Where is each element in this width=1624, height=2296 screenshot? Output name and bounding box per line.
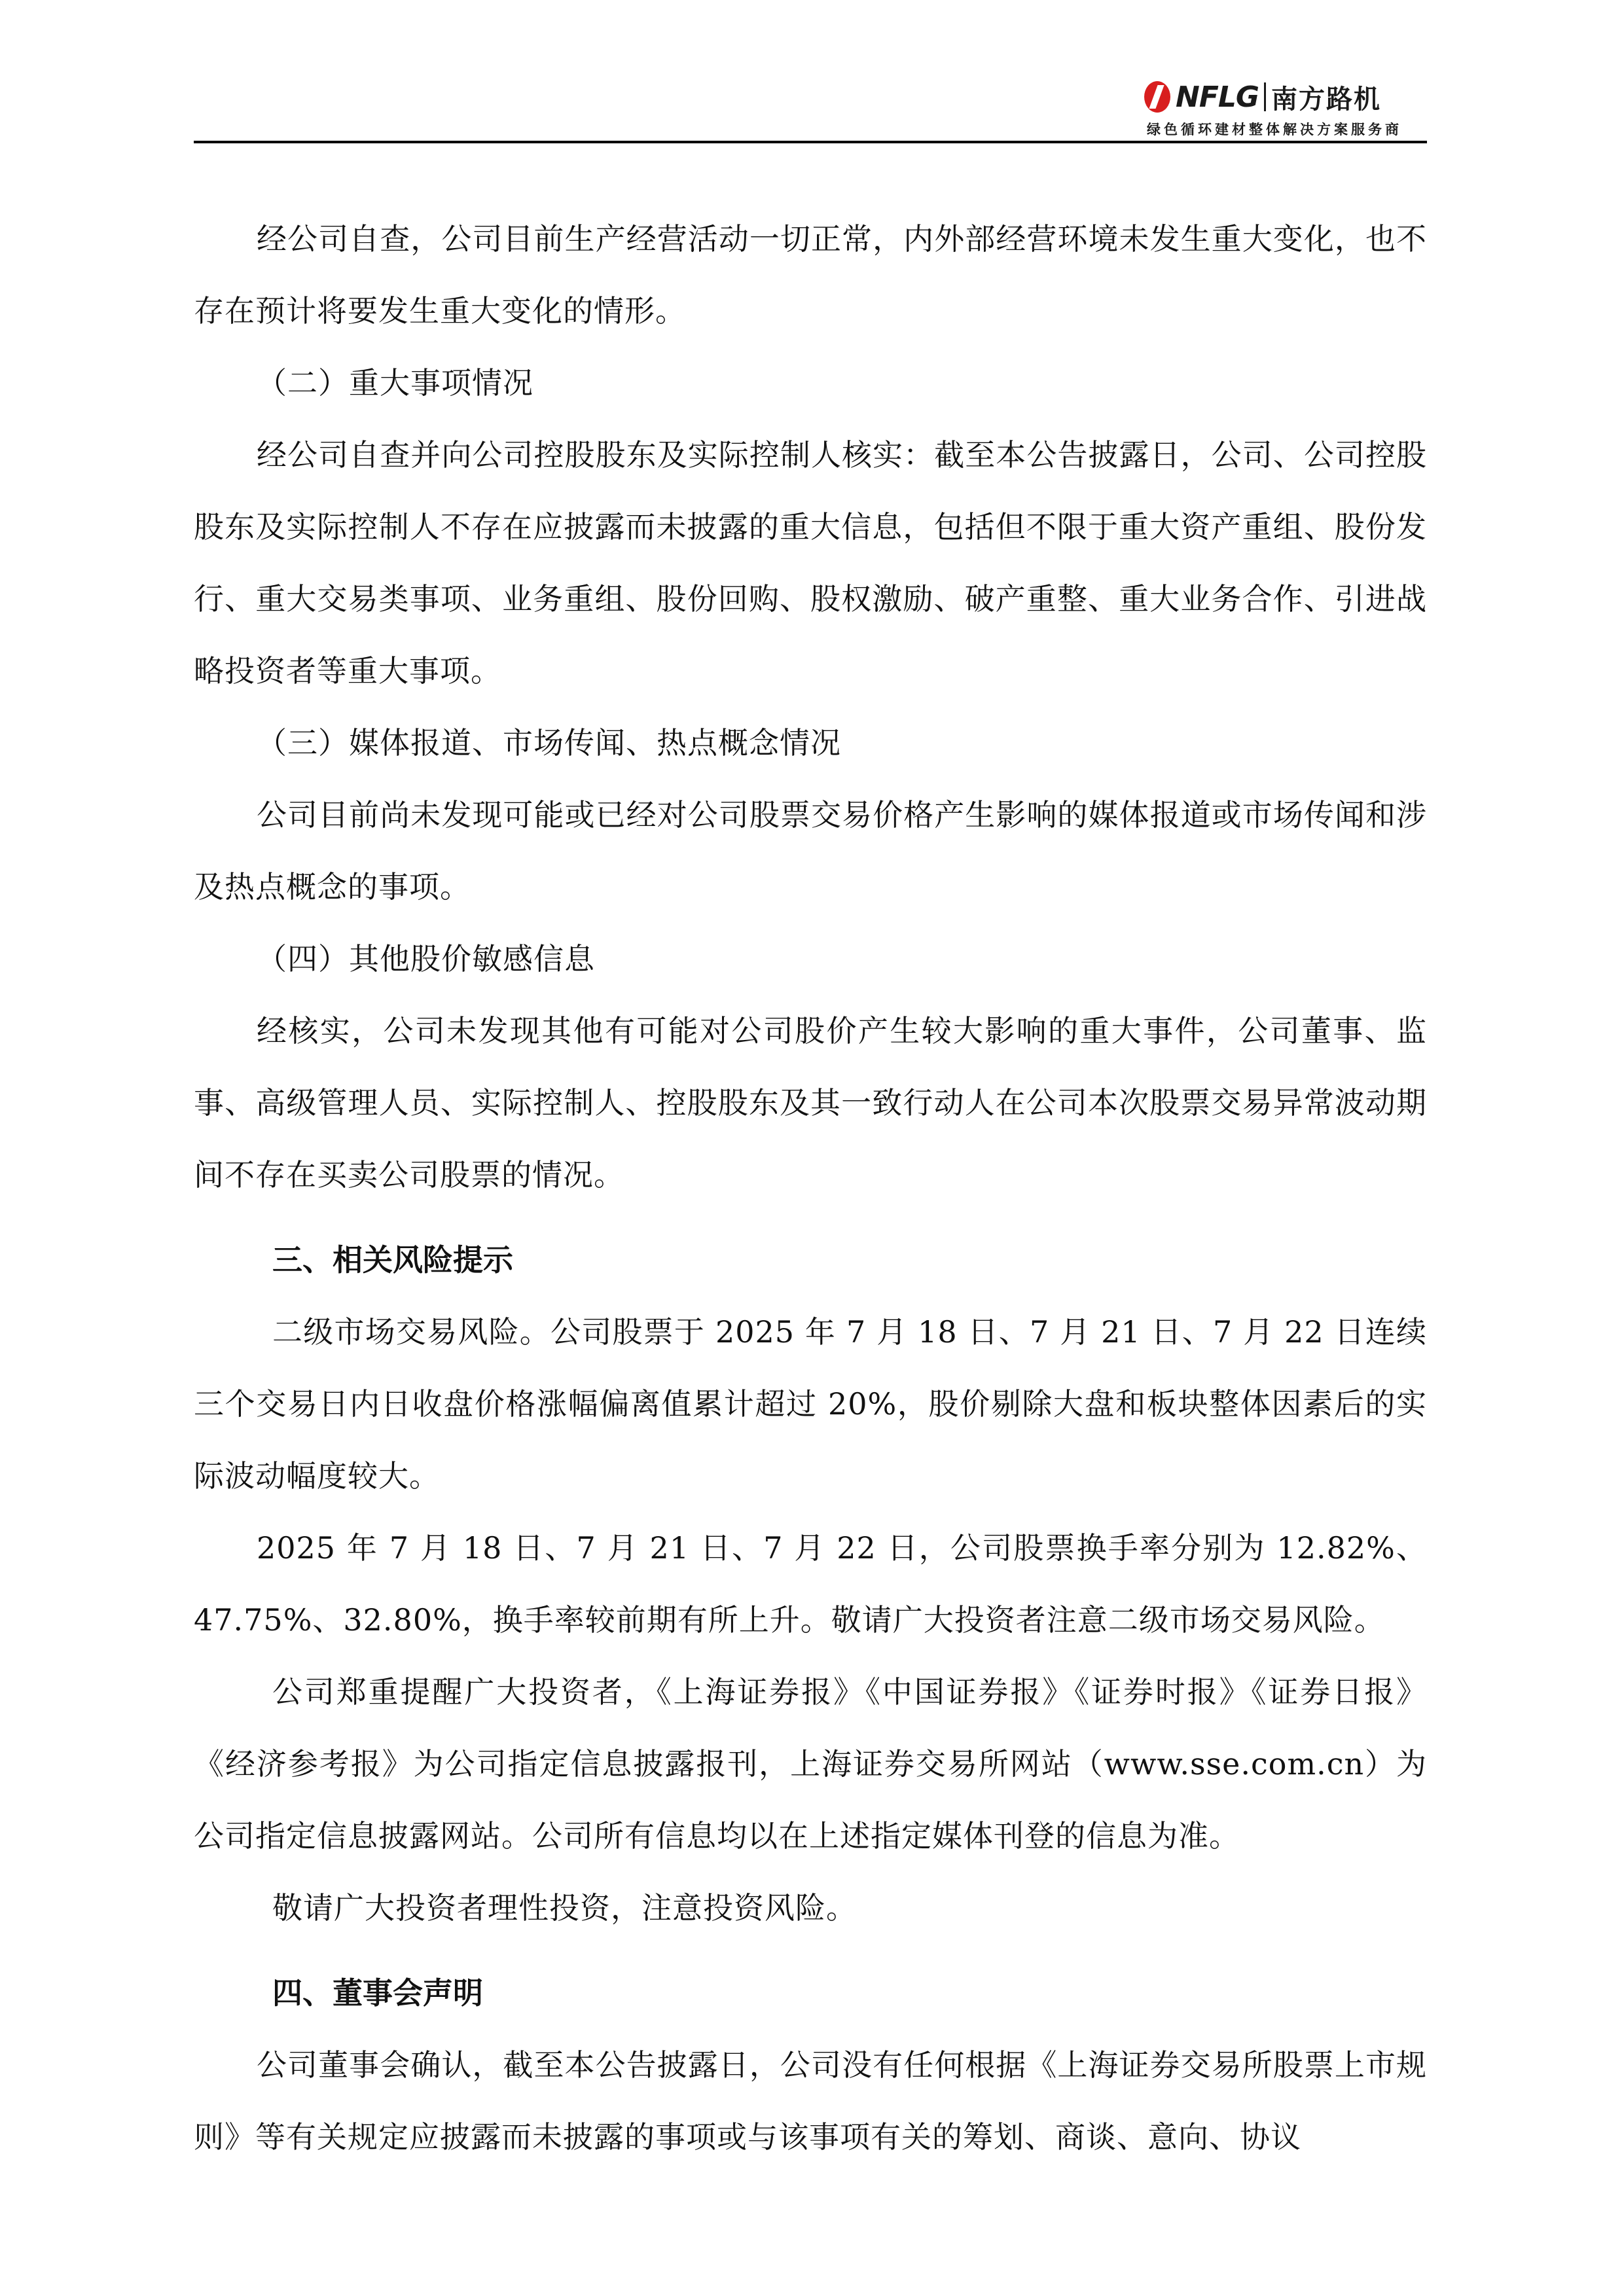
subheading-major-matters: （二）重大事项情况	[194, 347, 1427, 419]
paragraph-price-sensitive-info: 经核实，公司未发现其他有可能对公司股价产生较大影响的重大事件，公司董事、监事、高…	[194, 995, 1427, 1211]
section-heading-board-statement: 四、董事会声明	[194, 1957, 1427, 2029]
document-body: 经公司自查，公司目前生产经营活动一切正常，内外部经营环境未发生重大变化，也不存在…	[194, 203, 1427, 2173]
paragraph-media-reports: 公司目前尚未发现可能或已经对公司股票交易价格产生影响的媒体报道或市场传闻和涉及热…	[194, 779, 1427, 923]
header-divider	[194, 141, 1427, 143]
nflg-emblem-icon	[1144, 81, 1170, 113]
paragraph-investor-caution: 敬请广大投资者理性投资，注意投资风险。	[194, 1872, 1427, 1944]
subheading-media-reports: （三）媒体报道、市场传闻、热点概念情况	[194, 707, 1427, 779]
page-header: NFLG 南方路机 绿色循环建材整体解决方案服务商	[0, 0, 1624, 151]
paragraph-turnover-rate: 2025 年 7 月 18 日、7 月 21 日、7 月 22 日，公司股票换手…	[194, 1512, 1427, 1656]
section-heading-risk: 三、相关风险提示	[194, 1224, 1427, 1296]
logo-tagline: 绿色循环建材整体解决方案服务商	[1144, 119, 1427, 139]
paragraph-board-statement: 公司董事会确认，截至本公告披露日，公司没有任何根据《上海证券交易所股票上市规则》…	[194, 2029, 1427, 2173]
subheading-price-sensitive-info: （四）其他股价敏感信息	[194, 923, 1427, 995]
logo-latin-text: NFLG	[1176, 81, 1259, 114]
paragraph-self-check: 经公司自查，公司目前生产经营活动一切正常，内外部经营环境未发生重大变化，也不存在…	[194, 203, 1427, 347]
paragraph-major-matters: 经公司自查并向公司控股股东及实际控制人核实：截至本公告披露日，公司、公司控股股东…	[194, 419, 1427, 707]
paragraph-designated-media: 公司郑重提醒广大投资者，《上海证券报》《中国证券报》《证券时报》《证券日报》《经…	[194, 1656, 1427, 1872]
company-logo: NFLG 南方路机 绿色循环建材整体解决方案服务商	[1144, 77, 1427, 143]
paragraph-market-risk: 二级市场交易风险。公司股票于 2025 年 7 月 18 日、7 月 21 日、…	[194, 1296, 1427, 1512]
logo-divider	[1264, 82, 1266, 111]
logo-chinese-text: 南方路机	[1271, 79, 1381, 116]
